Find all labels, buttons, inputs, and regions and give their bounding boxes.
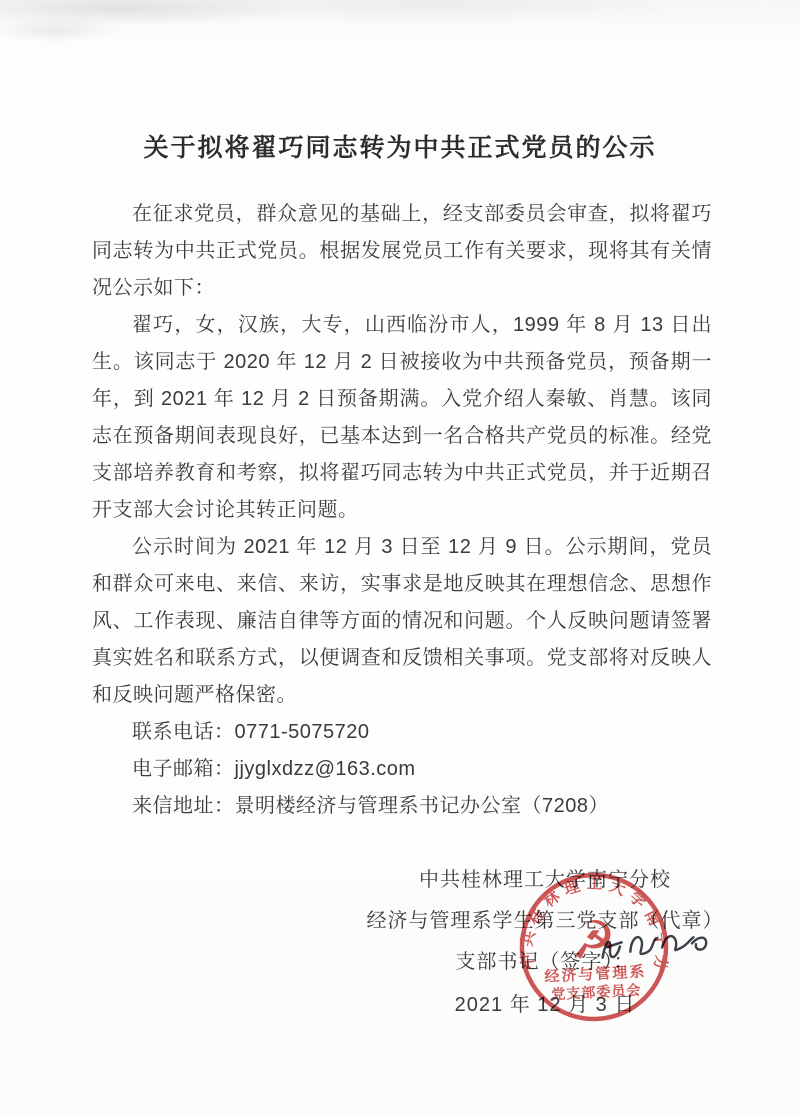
issuing-org-line1: 中共桂林理工大学南宁分校 xyxy=(310,860,780,901)
scanned-document-page: 关于拟将翟巧同志转为中共正式党员的公示 在征求党员，群众意见的基础上，经支部委员… xyxy=(0,0,800,1117)
contact-email-line: 电子邮箱：jjyglxdzz@163.com xyxy=(92,751,712,788)
signer-label: 支部书记（签字）： xyxy=(310,942,780,983)
paragraph-notice-period: 公示时间为 2021 年 12 月 3 日至 12 月 9 日。公示期间，党员和… xyxy=(92,529,712,714)
paragraph-intro: 在征求党员，群众意见的基础上，经支部委员会审查，拟将翟巧同志转为中共正式党员。根… xyxy=(92,196,712,307)
contact-phone-line: 联系电话：0771-5075720 xyxy=(92,714,712,751)
paragraph-member-info: 翟巧，女，汉族，大专，山西临汾市人，1999 年 8 月 13 日出生。该同志于… xyxy=(92,307,712,529)
signature-block: 中共桂林理工大学南宁分校 经济与管理系学生第三党支部（代章） 支部书记（签字）：… xyxy=(310,860,780,1027)
document-title: 关于拟将翟巧同志转为中共正式党员的公示 xyxy=(0,128,800,164)
document-body: 在征求党员，群众意见的基础上，经支部委员会审查，拟将翟巧同志转为中共正式党员。根… xyxy=(92,196,712,825)
document-date: 2021 年 12 月 3 日 xyxy=(310,983,780,1027)
contact-address-line: 来信地址：景明楼经济与管理系书记办公室（7208） xyxy=(92,788,712,825)
issuing-org-line2: 经济与管理系学生第三党支部（代章） xyxy=(310,901,780,942)
